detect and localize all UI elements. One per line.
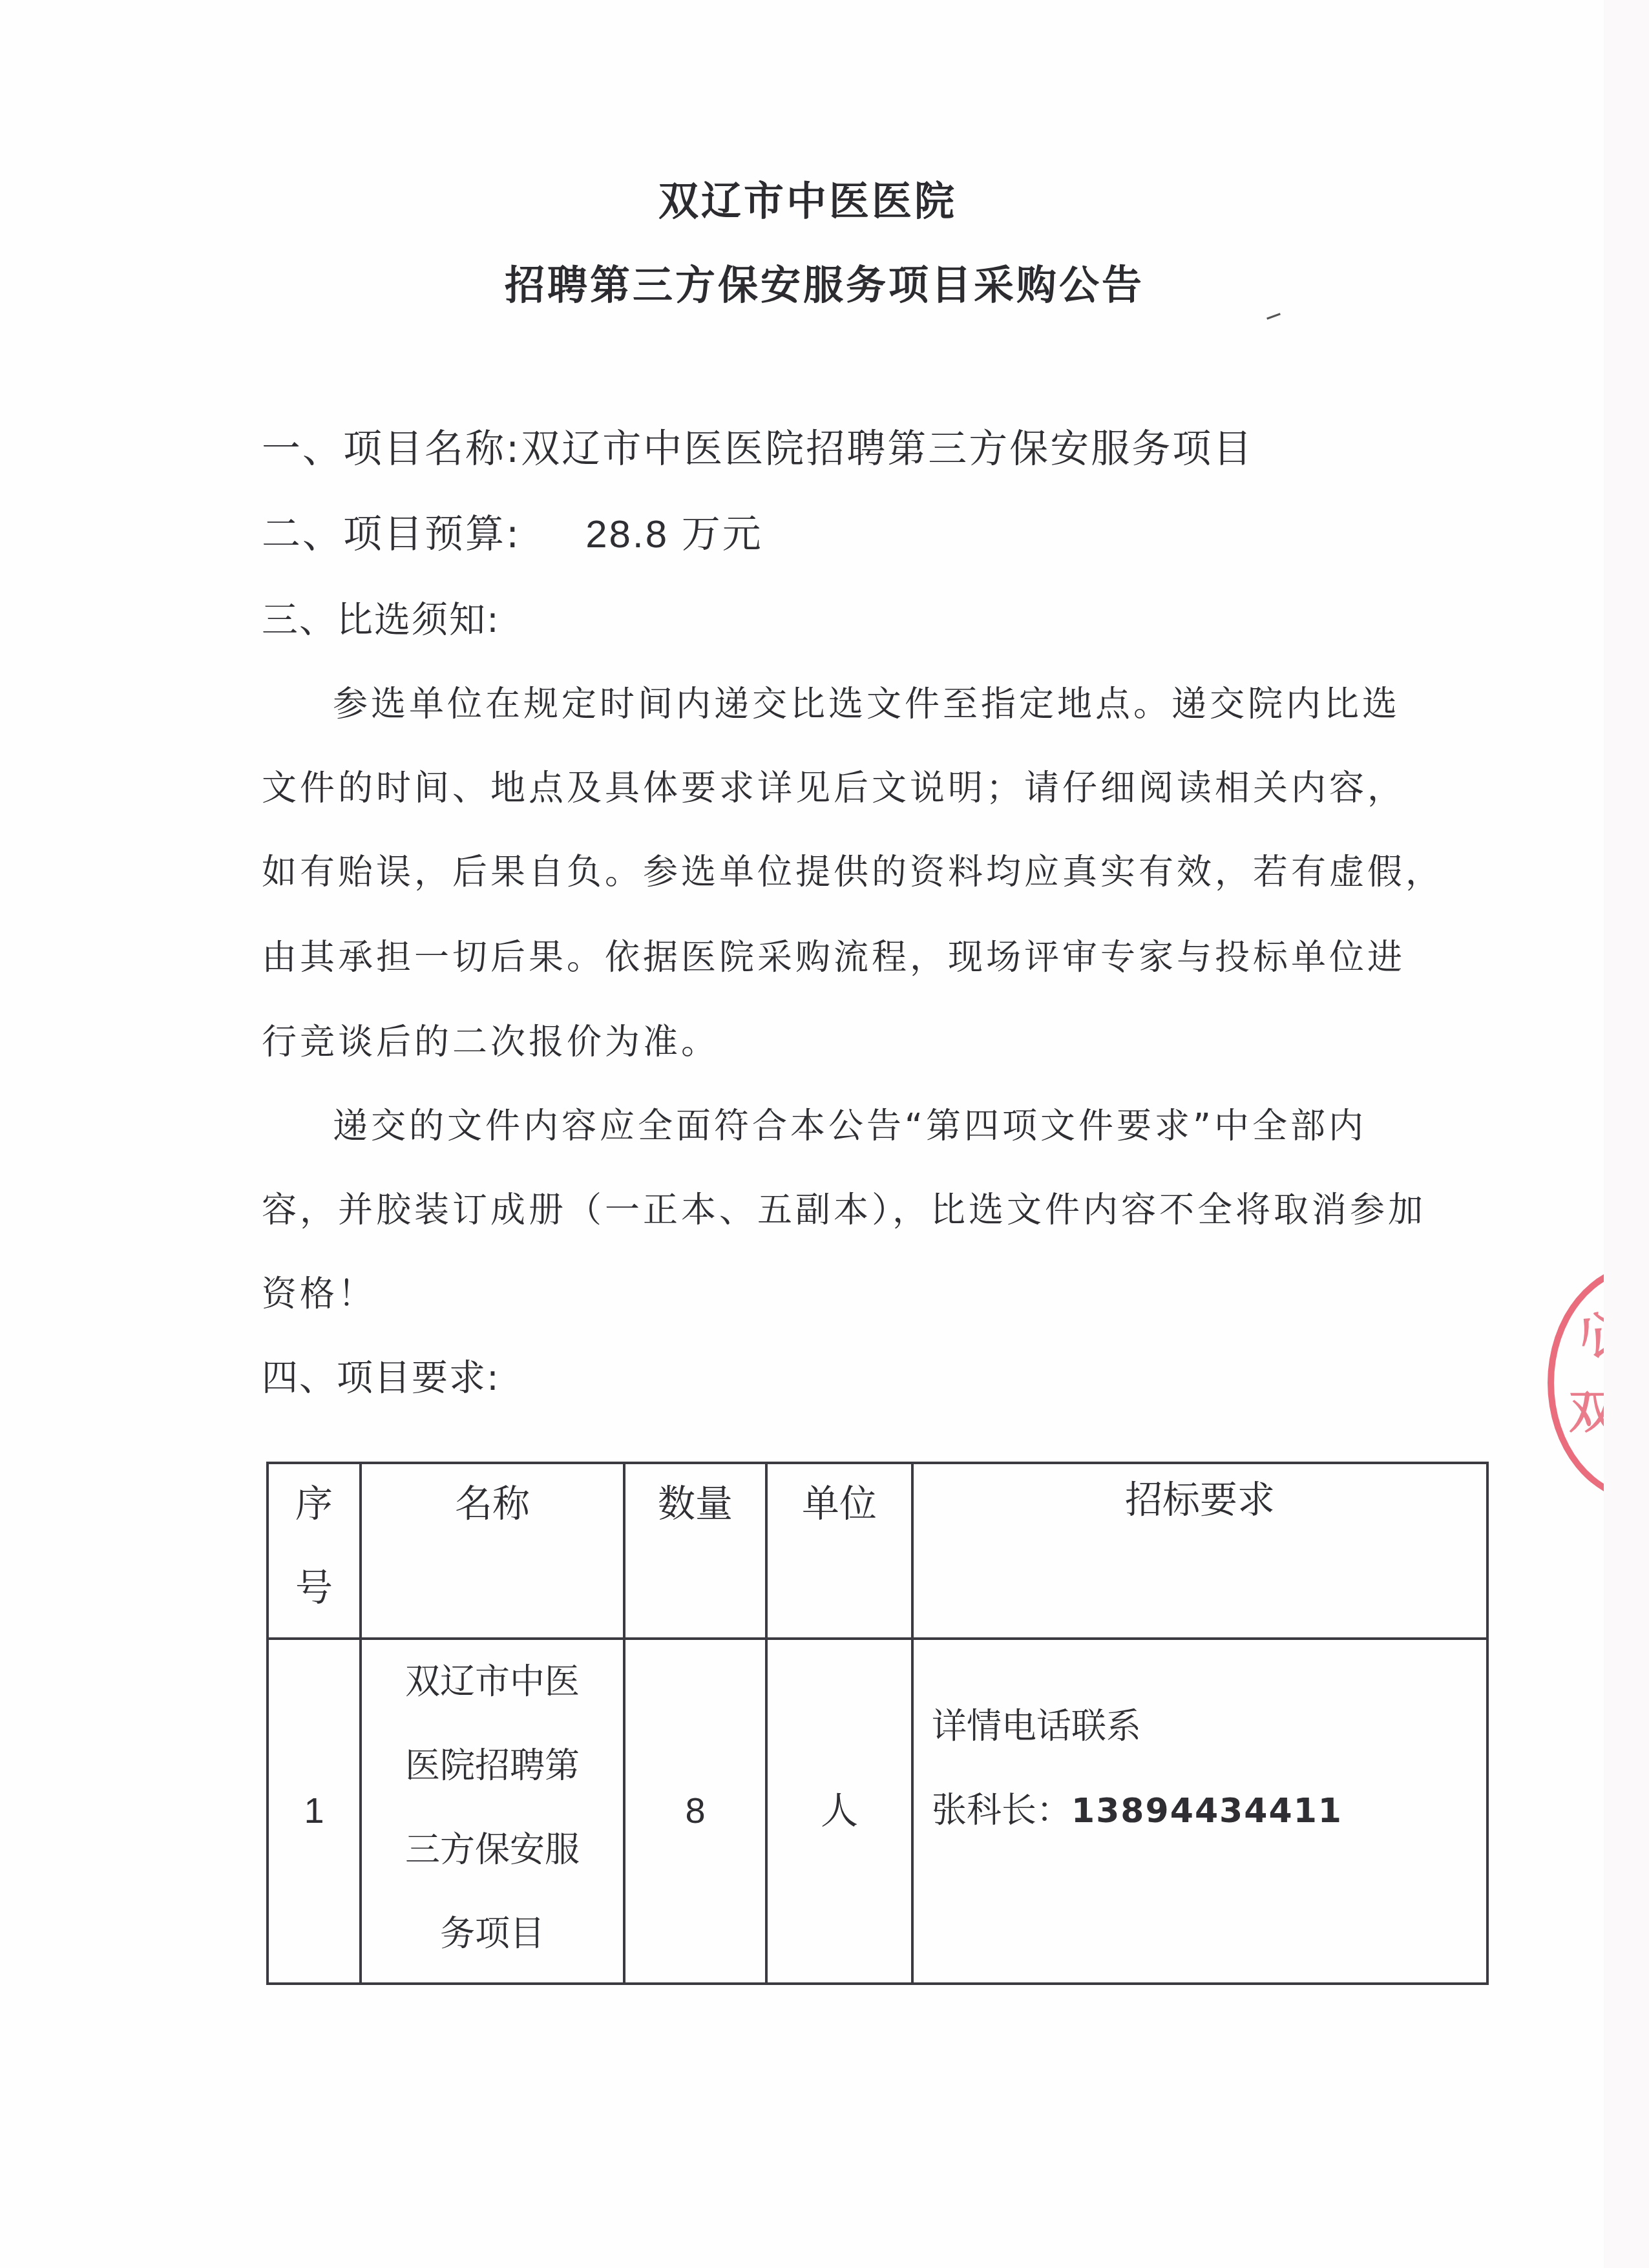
row-name-line: 双辽市中医 (362, 1640, 623, 1724)
row-index: 1 (269, 1769, 359, 1853)
header-unit: 单位 (768, 1462, 911, 1546)
contact-person: 张科长： (932, 1790, 1071, 1831)
row-quantity: 8 (625, 1769, 765, 1853)
project-name-value: 双辽市中医医院招聘第三方保安服务项目 (521, 426, 1254, 472)
table-border-right (1486, 1462, 1489, 1985)
budget-label: 二、项目预算: (262, 512, 521, 557)
header-name: 名称 (362, 1462, 623, 1546)
header-index: 序 号 (269, 1462, 359, 1630)
paragraph-line: 由其承担一切后果。依据医院采购流程，现场评审专家与投标单位进 (262, 935, 1405, 980)
budget-value: 28.8 万元 (585, 512, 762, 557)
section-requirements-heading: 四、项目要求: (262, 1356, 500, 1401)
header-requirement: 招标要求 (914, 1458, 1486, 1542)
requirements-table: 序 号 名称 数量 单位 招标要求 1 双辽市中医 医院招聘第 三方保安服 务项… (266, 1462, 1489, 1985)
document-title-announcement: 招聘第三方保安服务项目采购公告 (0, 253, 1649, 311)
scan-edge (1604, 0, 1649, 2268)
row-name-line: 三方保安服 (362, 1808, 623, 1892)
paragraph-line: 如有贻误，后果自负。参选单位提供的资料均应真实有效，若有虚假， (262, 850, 1444, 895)
section-budget: 二、项目预算:28.8 万元 (262, 512, 763, 557)
header-index-char: 号 (269, 1546, 359, 1630)
row-name-line: 医院招聘第 (362, 1724, 623, 1808)
paragraph-line: 资格！ (262, 1272, 376, 1317)
header-quantity: 数量 (625, 1462, 765, 1546)
contact-phone: 13894434411 (1071, 1792, 1343, 1831)
paragraph-line: 行竞谈后的二次报价为准。 (262, 1020, 719, 1065)
row-name: 双辽市中医 医院招聘第 三方保安服 务项目 (362, 1640, 623, 1976)
section-selection-notes-heading: 三、比选须知: (262, 598, 500, 643)
scan-speck (1266, 313, 1281, 319)
section-project-name: 一、项目名称:双辽市中医医院招聘第三方保安服务项目 (262, 426, 1254, 472)
stamp-glyph: 双 (1569, 1376, 1604, 1442)
table-border-bottom (266, 1982, 1489, 1985)
row-name-line: 务项目 (362, 1892, 623, 1976)
paragraph-line: 容，并胶装订成册（一正本、五副本），比选文件内容不全将取消参加 (262, 1188, 1426, 1233)
paragraph-line: 文件的时间、地点及具体要求详见后文说明；请仔细阅读相关内容， (262, 766, 1405, 811)
project-name-label: 一、项目名称: (262, 426, 521, 472)
stamp-glyph: 公 (1563, 1292, 1604, 1370)
paragraph-line: 递交的文件内容应全面符合本公告“第四项文件要求”中全部内 (333, 1104, 1367, 1149)
paragraph-line: 参选单位在规定时间内递交比选文件至指定地点。递交院内比选 (333, 682, 1400, 727)
row-unit: 人 (768, 1769, 911, 1853)
official-stamp (1548, 1263, 1604, 1502)
row-requirement-line1: 详情电话联系 (932, 1685, 1141, 1769)
document-page: 双辽市中医医院 招聘第三方保安服务项目采购公告 一、项目名称:双辽市中医医院招聘… (0, 0, 1649, 2268)
row-requirement-line2: 张科长：13894434411 (932, 1769, 1343, 1853)
header-index-char: 序 (269, 1462, 359, 1546)
document-title-hospital: 双辽市中医医院 (0, 169, 1609, 227)
